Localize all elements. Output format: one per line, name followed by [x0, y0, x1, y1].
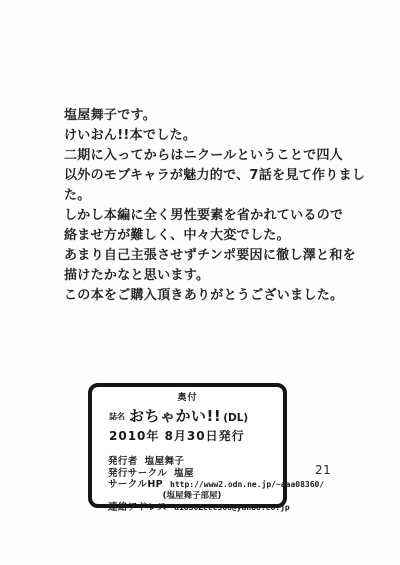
afterword-line: 二期に入ってからはニクールということで四人 — [64, 146, 354, 166]
title-label: 誌名 — [109, 412, 125, 421]
colophon-info-block: 発行者塩屋舞子 発行サークル塩屋 サークルHPhttp://www2.odn.n… — [108, 456, 283, 513]
publisher-label: 発行者 — [108, 456, 138, 467]
afterword-line: しかし本編に全く男性要素を省かれているので — [64, 206, 354, 226]
afterword-line: この本をご購入頂きありがとうございました。 — [64, 286, 354, 306]
publisher-name: 塩屋舞子 — [145, 456, 185, 467]
website-note: (塩屋舞子部屋) — [122, 491, 262, 502]
colophon-box: 奥付 誌名おちゃかい!!(DL) 2010年 8月30日発行 発行者塩屋舞子 発… — [88, 383, 287, 508]
website-url: http://www2.odn.ne.jp/~aaa08360/ — [170, 480, 324, 489]
afterword-line: た。 — [64, 186, 354, 206]
circle-row: 発行サークル塩屋 — [108, 468, 283, 480]
afterword-text-block: 塩屋舞子です。 けいおん!!本でした。 二期に入ってからはニクールということで四… — [64, 106, 354, 306]
website-label: サークルHP — [108, 479, 163, 490]
publisher-row: 発行者塩屋舞子 — [108, 456, 283, 468]
afterword-line: 以外のモブキャラが魅力的で、7話を見て作りまし — [64, 166, 354, 186]
publish-date: 2010年 8月30日発行 — [109, 427, 283, 444]
circle-label: 発行サークル — [108, 468, 167, 479]
contact-label: 連絡アドレス — [108, 502, 167, 513]
contact-row: 連絡アドレスa1836Zccc568@yahoo.co.jp — [108, 502, 283, 514]
website-row: サークルHPhttp://www2.odn.ne.jp/~aaa08360/ — [108, 479, 283, 491]
book-title-line: 誌名おちゃかい!!(DL) — [109, 405, 283, 426]
book-title: おちゃかい!! — [129, 407, 221, 425]
afterword-line: 描けたかなと思います。 — [64, 266, 354, 286]
afterword-line: あまり自己主張させずチンポ要因に徹し澤と和を — [64, 246, 354, 266]
title-format-tag: (DL) — [223, 412, 248, 424]
afterword-line: けいおん!!本でした。 — [64, 126, 354, 146]
colophon-heading: 奥付 — [92, 390, 283, 403]
afterword-line: 絡ませ方が難しく、中々大変でした。 — [64, 226, 354, 246]
page-number: 21 — [315, 463, 331, 477]
doujinshi-afterword-page: 塩屋舞子です。 けいおん!!本でした。 二期に入ってからはニクールということで四… — [0, 0, 400, 565]
contact-email: a1836Zccc568@yahoo.co.jp — [174, 503, 290, 512]
afterword-line: 塩屋舞子です。 — [64, 106, 354, 126]
circle-name: 塩屋 — [174, 468, 194, 479]
